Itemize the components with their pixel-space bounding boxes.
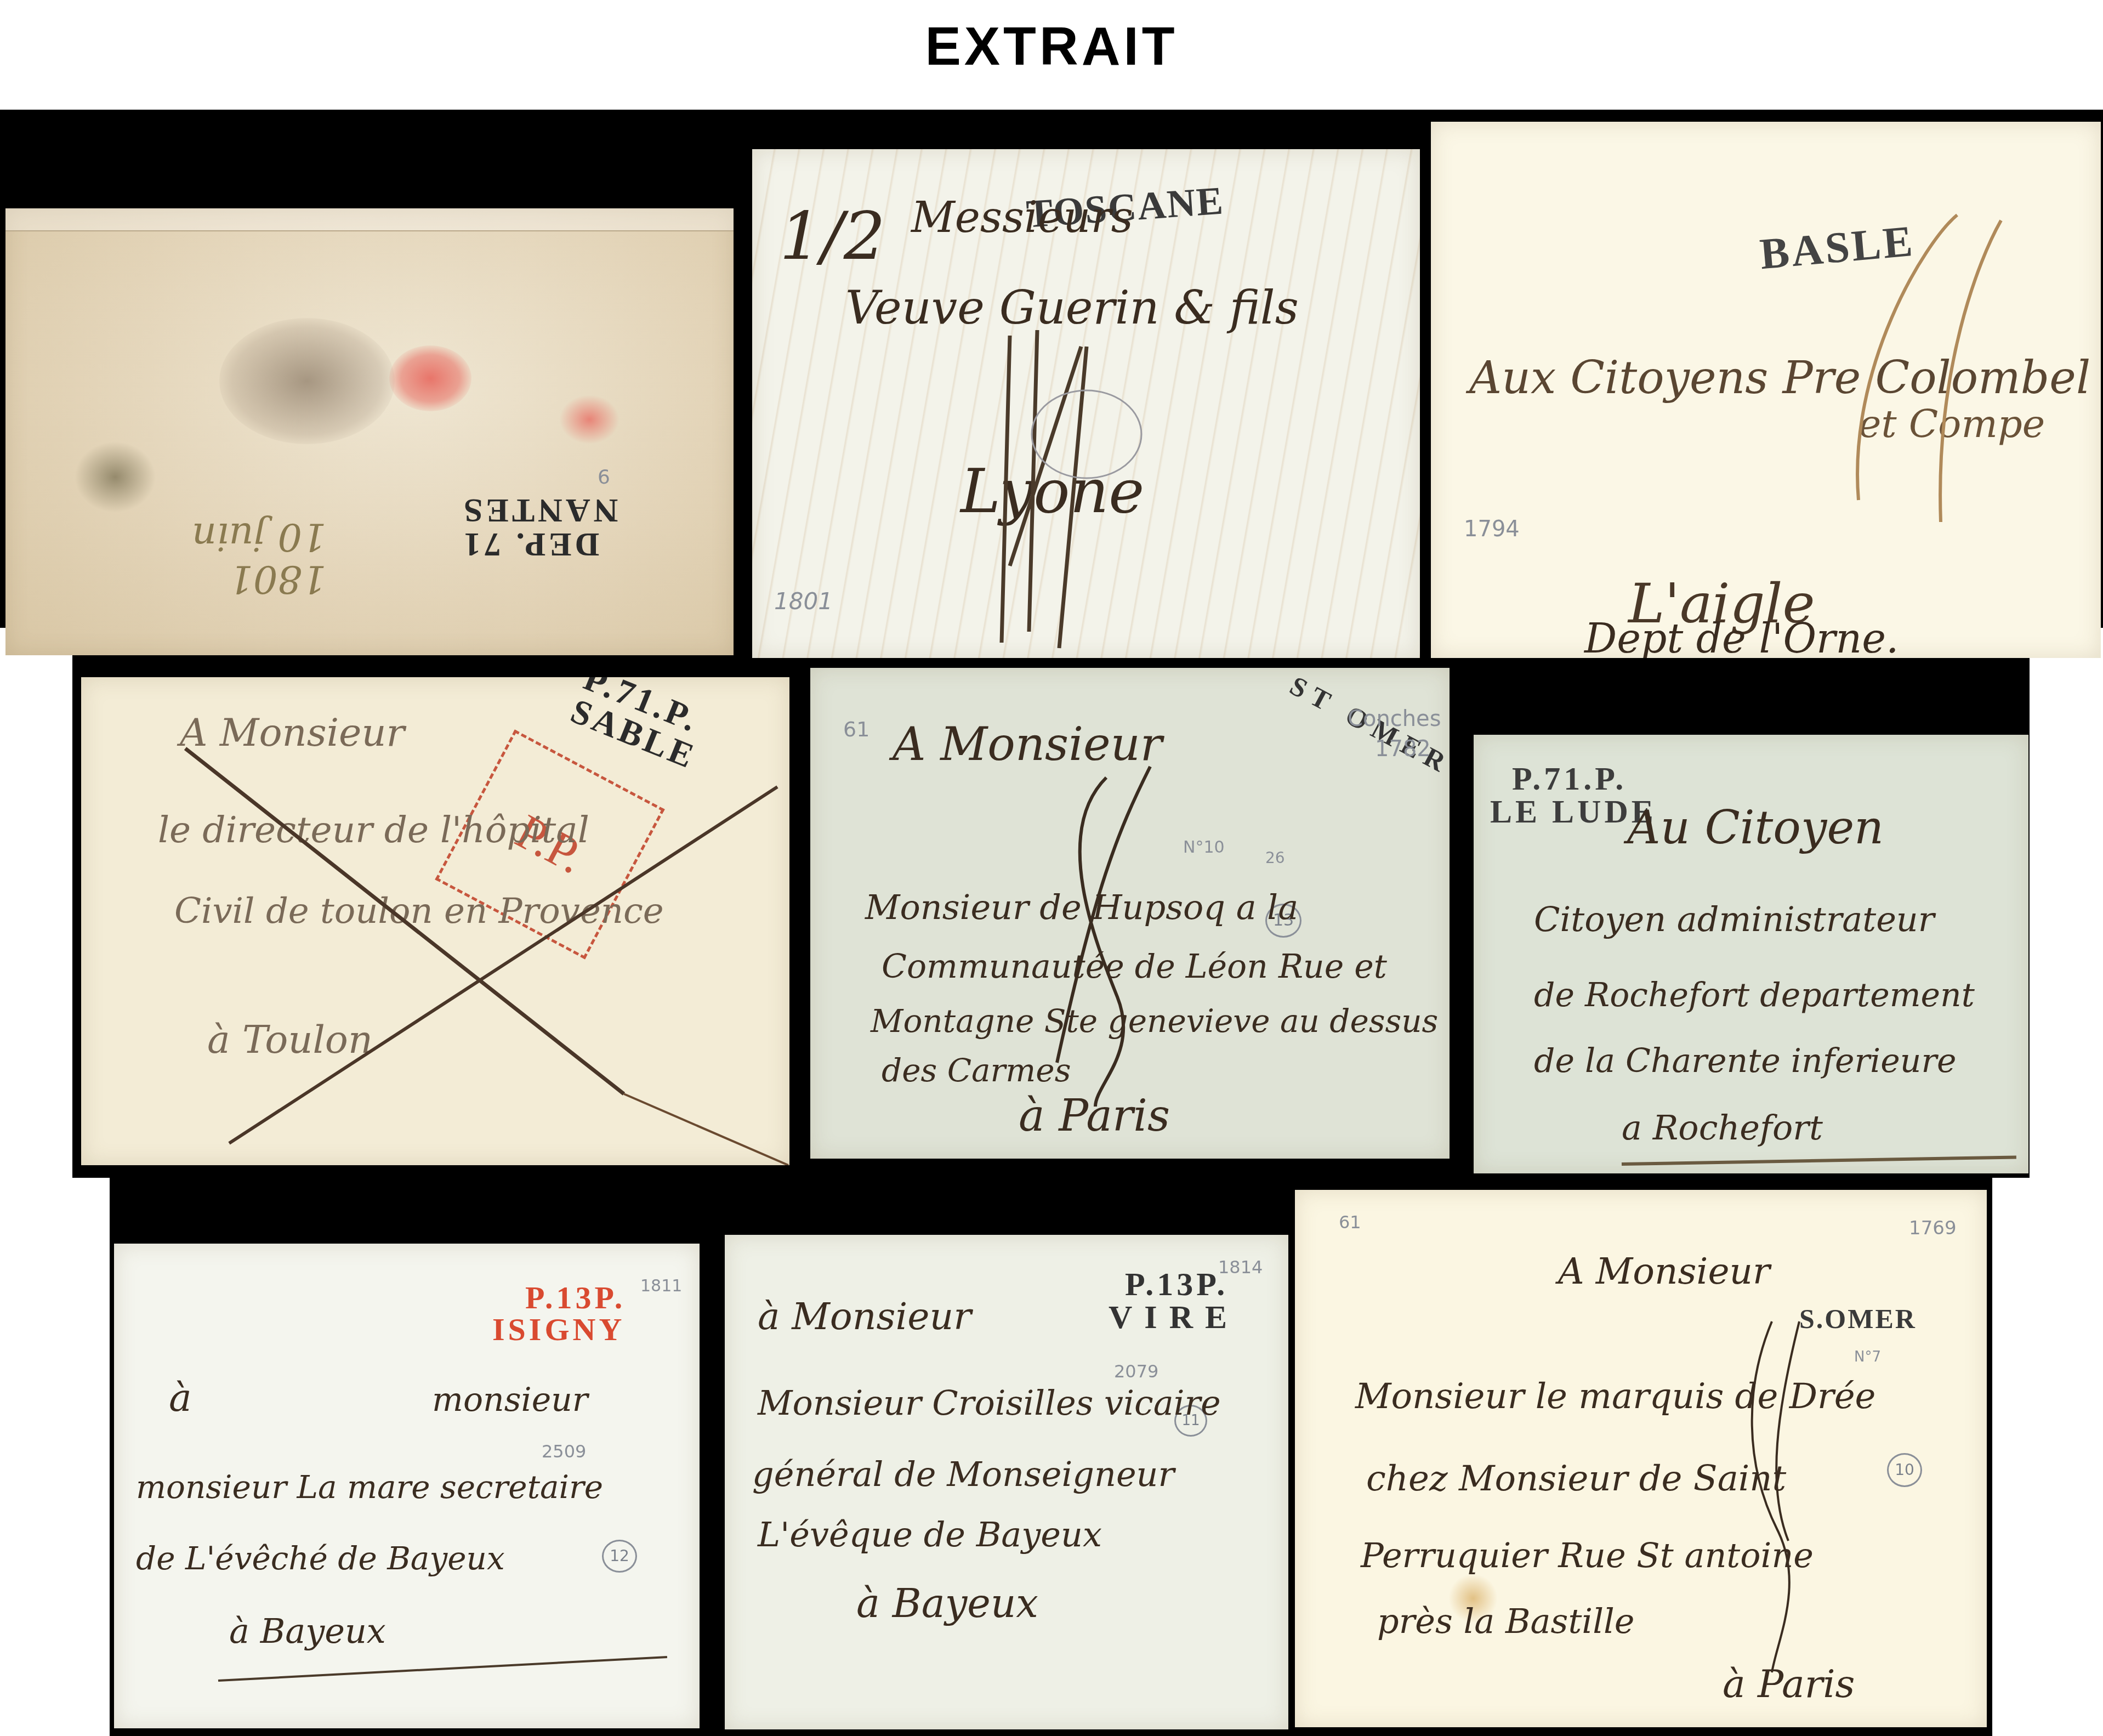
address-city: à Bayeux	[229, 1611, 386, 1651]
address-line-4: de L'évêché de Bayeux	[136, 1540, 505, 1577]
address-line-2: monsieur	[432, 1381, 588, 1419]
pencil-number: 2509	[542, 1441, 586, 1462]
letter-2-toscane: TOSCANE 1/2 Messieurs Veuve Guerin & fil…	[752, 149, 1420, 658]
address-line-3: général de Monseigneur	[752, 1454, 1174, 1494]
pencil-year: 1814	[1218, 1257, 1263, 1278]
postmark-isigny-red: P.13P. ISIGNY	[492, 1282, 626, 1346]
docket-year: 1801	[192, 558, 327, 600]
postmark-line-1: P.13P.	[492, 1282, 626, 1314]
postmark-line-1: P.71.P.	[1490, 762, 1657, 795]
letter-8-vire: P.13P. VIRE 1814 2079 11 à Monsieur Mons…	[725, 1235, 1288, 1729]
letter-9-s-omer: S.OMER 61 1769 N°7 10 A Monsieur Monsieu…	[1295, 1190, 1987, 1727]
letter-4-sable: P.71.P. SABLE P.P. A Monsieur le directe…	[81, 677, 789, 1165]
manuscript-tax-strokes	[752, 149, 1420, 658]
philatelic-extract-sheet: EXTRAIT DEP. 71 NANTES 1801 10 juin 6 TO…	[0, 0, 2103, 1736]
address-line-4: L'évêque de Bayeux	[758, 1514, 1102, 1555]
letter-7-isigny: P.13P. ISIGNY 1811 2509 12 à monsieur mo…	[114, 1244, 700, 1728]
manuscript-tax-numeral	[810, 668, 1450, 1159]
postmark-vire: P.13P. VIRE	[1109, 1268, 1239, 1334]
letter-3-basle: BASLE Aux Citoyens Pre Colombel et Compe…	[1431, 122, 2101, 658]
underline-flourish	[1622, 1155, 2016, 1166]
pencil-number: 2079	[1114, 1361, 1158, 1382]
postmark-line-2: ISIGNY	[492, 1314, 626, 1346]
docket-day: 10 juin	[192, 515, 327, 558]
letter-5-st-omer: ST OMER 61 Conches 1782 N°10 26 13 A Mon…	[810, 668, 1450, 1159]
manuscript-tax-numeral	[1295, 1190, 1987, 1727]
manuscript-tax-numeral	[1431, 122, 2101, 658]
postmark-line-2: NANTES	[461, 493, 618, 527]
circled-number-text: 12	[610, 1547, 629, 1565]
address-line-2: Monsieur Croisilles vicaire	[758, 1383, 1221, 1423]
letter-6-le-lude: P.71.P. LE LUDE Au Citoyen Citoyen admin…	[1474, 735, 2028, 1173]
address-city: à Bayeux	[856, 1580, 1038, 1626]
pencil-year: 1794	[1464, 517, 1520, 542]
postmark-line-2: VIRE	[1109, 1301, 1239, 1334]
address-city: a Rochefort	[1622, 1108, 1823, 1148]
pencil-note: 6	[598, 466, 610, 489]
docket-date-inverted: 1801 10 juin	[192, 515, 327, 600]
wax-seal-remnant	[219, 318, 395, 444]
address-line-1: Au Citoyen	[1627, 801, 1884, 854]
address-line-2: Citoyen administrateur	[1534, 899, 1934, 939]
pencil-year: 1811	[640, 1277, 682, 1296]
address-line-1: à Monsieur	[758, 1295, 971, 1338]
letter-fold-edge	[5, 208, 734, 231]
postmark-nantes-inverted: DEP. 71 NANTES	[461, 493, 618, 561]
postmark-line-1: DEP. 71	[461, 527, 618, 561]
underline-flourish	[218, 1656, 667, 1682]
circled-lot-number: 12	[602, 1540, 637, 1573]
address-line-3: monsieur La mare secretaire	[136, 1468, 603, 1506]
cross-strike-lines	[81, 677, 789, 1165]
address-line-1: à	[169, 1375, 192, 1420]
red-wax-trace	[389, 345, 471, 411]
water-stain	[71, 439, 159, 515]
page-title: EXTRAIT	[0, 15, 2103, 77]
pencil-year: 1801	[774, 588, 833, 615]
red-wax-trace	[559, 395, 619, 444]
address-line-3: de Rochefort departement	[1534, 976, 1975, 1014]
address-line-4: de la Charente inferieure	[1534, 1042, 1957, 1080]
letter-1-nantes: DEP. 71 NANTES 1801 10 juin 6	[5, 208, 734, 655]
